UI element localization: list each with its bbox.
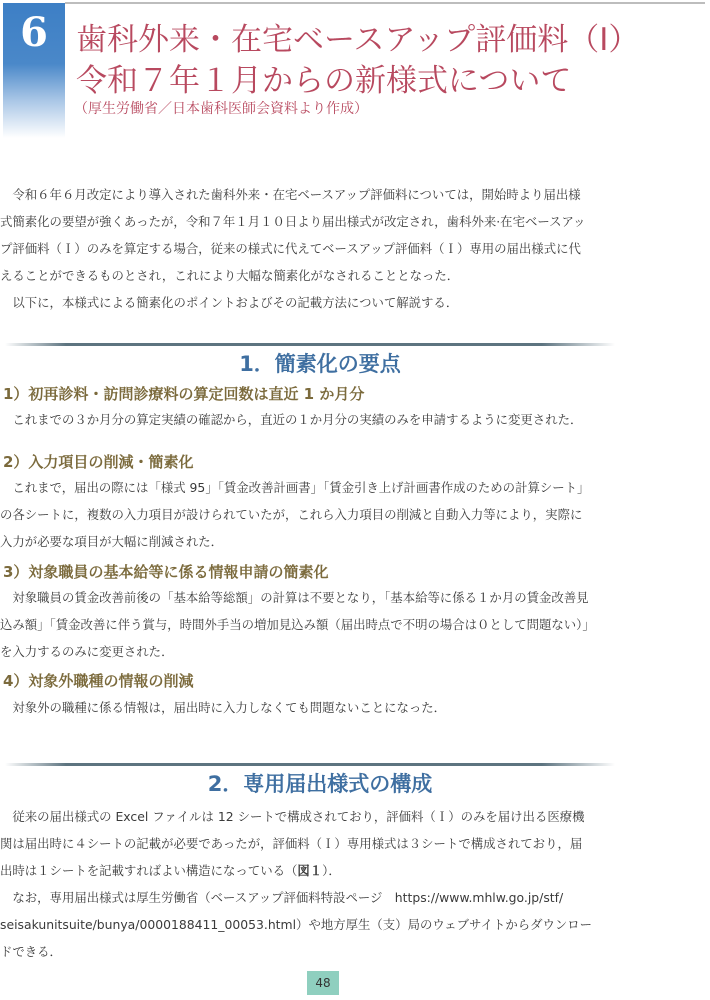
text-line: 対象職員の賃金改善前後の「基本給等総額」の計算は不要となり，「基本給等に係る１か… (0, 584, 640, 611)
text-line: 式簡素化の要望が強くあったが，令和７年１月１０日より届出様式が改定され，歯科外来… (0, 208, 640, 235)
text-line: 従来の届出様式の Excel ファイルは 12 シートで構成されており，評価料（… (0, 803, 640, 830)
sub-heading: 1）初再診料・訪問診療料の算定回数は直近 1 か月分 (3, 383, 364, 404)
section-divider (5, 343, 615, 346)
chapter-number-block: 6 (3, 3, 65, 138)
text-line: の各シートに，複数の入力項目が設けられていたが，これら入力項目の削減と自動入力等… (0, 501, 640, 528)
page-number-badge: 48 (307, 971, 339, 995)
paragraph: 対象職員の賃金改善前後の「基本給等総額」の計算は不要となり，「基本給等に係る１か… (0, 584, 640, 665)
text-span: 出時は１シートを記載すればよい構造になっている（ (0, 863, 297, 878)
page-title-line2: 令和７年１月からの新様式について (76, 55, 571, 100)
text-line: 入力が必要な項目が大幅に削減された． (0, 528, 640, 555)
text-line: 対象外の職種に係る情報は，届出時に入力しなくても問題ないことになった． (0, 694, 640, 721)
text-line: 込み額」「賃金改善に伴う賞与，時間外手当の増加見込み額（届出時点で不明の場合は０… (0, 611, 640, 638)
text-span: ）． (322, 863, 341, 878)
text-line: 以下に，本様式による簡素化のポイントおよびその記載方法について解説する． (0, 289, 640, 316)
section-divider (5, 763, 615, 766)
page-subtitle: （厚生労働省／日本歯科医師会資料より作成） (74, 98, 368, 118)
text-line: これまでの３か月分の算定実績の確認から，直近の１か月分の実績のみを申請するように… (0, 406, 640, 433)
text-line: seisakunitsuite/bunya/0000188411_00053.h… (0, 911, 640, 938)
paragraph: これまでの３か月分の算定実績の確認から，直近の１か月分の実績のみを申請するように… (0, 406, 640, 433)
chapter-number: 6 (3, 9, 65, 56)
section-title: 1．簡素化の要点 (0, 348, 640, 378)
text-line: 令和６年６月改定により導入された歯科外来・在宅ベースアップ評価料については，開始… (0, 181, 640, 208)
page-title-line1: 歯科外来・在宅ベースアップ評価料（I） (76, 14, 639, 59)
sub-heading: 4）対象外職種の情報の削減 (3, 670, 193, 691)
section-title: 2．専用届出様式の構成 (0, 768, 640, 798)
paragraph: これまで，届出の際には「様式 95」「賃金改善計画書」「賃金引き上げ計画書作成の… (0, 474, 640, 555)
intro-paragraph: 令和６年６月改定により導入された歯科外来・在宅ベースアップ評価料については，開始… (0, 181, 640, 316)
text-line: を入力するのみに変更された． (0, 638, 640, 665)
text-line: プ評価料（Ｉ）のみを算定する場合，従来の様式に代えてベースアップ評価料（Ｉ）専用… (0, 235, 640, 262)
sub-heading: 2）入力項目の削減・簡素化 (3, 451, 193, 472)
text-line: なお，専用届出様式は厚生労働省（ベースアップ評価料特設ページ https://w… (0, 884, 640, 911)
text-line: 関は届出時に４シートの記載が必要であったが，評価料（Ｉ）専用様式は３シートで構成… (0, 830, 640, 857)
paragraph: 対象外の職種に係る情報は，届出時に入力しなくても問題ないことになった． (0, 694, 640, 721)
text-line: ドできる． (0, 938, 640, 965)
figure-reference: 図１ (297, 863, 322, 878)
text-line: 出時は１シートを記載すればよい構造になっている（図１）． (0, 857, 640, 884)
paragraph: 従来の届出様式の Excel ファイルは 12 シートで構成されており，評価料（… (0, 803, 640, 965)
sub-heading: 3）対象職員の基本給等に係る情報申請の簡素化 (3, 561, 328, 582)
header-top-rule (65, 2, 705, 4)
text-line: これまで，届出の際には「様式 95」「賃金改善計画書」「賃金引き上げ計画書作成の… (0, 474, 640, 501)
text-line: えることができるものとされ，これにより大幅な簡素化がなされることとなった． (0, 262, 640, 289)
